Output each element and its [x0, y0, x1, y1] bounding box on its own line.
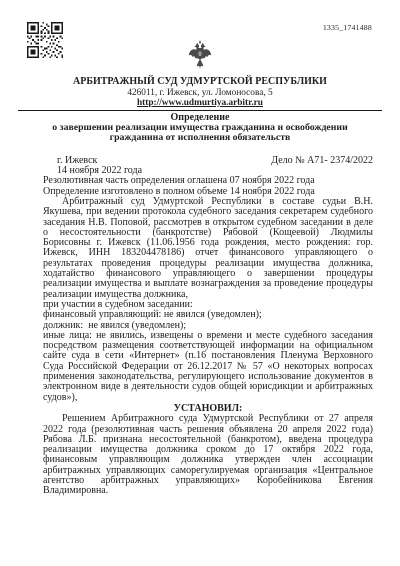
court-name: АРБИТРАЖНЫЙ СУД УДМУРТСКОЙ РЕСПУБЛИКИ — [0, 76, 400, 87]
document-number: 1335_1741488 — [323, 23, 372, 32]
russia-coat-of-arms-icon — [188, 39, 212, 70]
other-persons-paragraph: иные лица: не явились, извещены о времен… — [43, 331, 373, 403]
qr-code-icon — [27, 22, 63, 58]
letterhead-divider — [18, 110, 382, 111]
case-number: Дело № А71- 2374/2022 — [271, 156, 373, 166]
court-website-link: http://www.udmurtiya.arbitr.ru — [0, 98, 400, 108]
scanned-court-document: 1335_1741488 — [0, 0, 400, 566]
document-body: г. Ижевск Дело № А71- 2374/2022 14 ноябр… — [43, 156, 373, 497]
court-address: 426011, г. Ижевск, ул. Ломоносова, 5 — [0, 88, 400, 98]
ruling-paragraph: Решением Арбитражного суда Удмуртской Ре… — [43, 414, 373, 496]
document-subtitle: о завершении реализации имущества гражда… — [44, 123, 356, 144]
intro-paragraph: Арбитражный суд Удмуртской Республики в … — [43, 197, 373, 300]
